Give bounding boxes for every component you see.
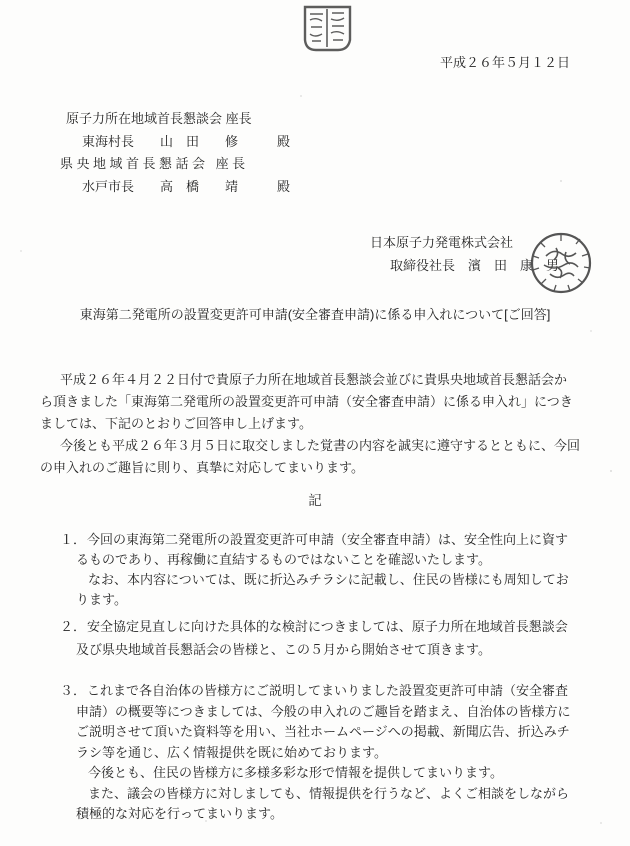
scanned-letter-page: 平成２６年５月１２日 原子力所在地域首長懇談会 座長 東海村長 山 田 修 殿 …	[0, 0, 630, 846]
item-number: ３．	[60, 681, 87, 702]
body-line: の申入れのご趣旨に則り、真摯に対応してまいります。	[40, 457, 615, 479]
item-number: ２．	[60, 615, 87, 638]
recipient-group2-name: 水戸市長 高 橋 靖 殿	[66, 176, 290, 199]
item-number: １．	[60, 530, 87, 550]
item-text: また、議会の皆様方に対しましても、情報提供を行うなど、よくご相談をしながら	[88, 784, 630, 805]
item-text: なお、本内容については、既に折込みチラシに記載し、住民の皆様にも周知してお	[88, 570, 630, 590]
item-text: 今回の東海第二発電所の設置変更許可申請（安全審査申請）は、安全性向上に資す	[87, 532, 568, 547]
item-text: るものであり、再稼働に直結するものではないことを確認いたします。	[76, 550, 630, 570]
body-line: 今後とも平成２６年３月５日に取交しました覚書の内容を誠実に遵守するとともに、今回	[40, 435, 615, 457]
recipient-group1-title: 原子力所在地域首長懇談会 座長	[66, 108, 290, 131]
item-text: 及び県央地域首長懇話会の皆様と、この５月から開始させて頂きます。	[76, 638, 630, 661]
item-text: ります。	[76, 590, 630, 610]
numbered-item-1: １．今回の東海第二発電所の設置変更許可申請（安全審査申請）は、安全性向上に資す …	[0, 530, 630, 610]
item-text: 今後とも、住民の皆様方に多様多彩な形で情報を提供してまいります。	[88, 763, 630, 784]
item-text: ご説明させて頂いた資料等を用い、当社ホームページへの掲載、新聞広告、折込みチ	[76, 722, 630, 743]
item-text: これまで各自治体の皆様方にご説明してまいりました設置変更許可申請（安全審査	[87, 683, 568, 698]
item-text: 積極的な対応を行ってまいります。	[76, 804, 630, 825]
body-line: ましては、下記のとおりご回答申し上げます。	[40, 413, 615, 435]
recipient-group2-title: 県央地域首長懇話会 座長	[60, 153, 290, 176]
scan-noise	[0, 0, 2, 2]
item-text: ラシ等を通じ、広く情報提供を既に始めております。	[76, 743, 630, 764]
corporate-registration-seal-icon	[298, 4, 356, 54]
subject-title: 東海第二発電所の設置変更許可申請(安全審査申請)に係る申入れについて[ご回答]	[0, 304, 630, 323]
item-text: 安全協定見直しに向けた具体的な検討につきましては、原子力所在地域首長懇談会	[87, 619, 568, 634]
numbered-item-2: ２．安全協定見直しに向けた具体的な検討につきましては、原子力所在地域首長懇談会 …	[0, 615, 630, 661]
recipient-group1-name: 東海村長 山 田 修 殿	[66, 131, 290, 154]
numbered-item-3: ３．これまで各自治体の皆様方にご説明してまいりました設置変更許可申請（安全審査 …	[0, 681, 630, 825]
document-date: 平成２６年５月１２日	[440, 52, 570, 74]
recipient-block: 原子力所在地域首長懇談会 座長 東海村長 山 田 修 殿 県央地域首長懇話会 座…	[66, 108, 290, 198]
body-line: ら頂きました「東海第二発電所の設置変更許可申請（安全審査申請）に係る申入れ」につ…	[40, 391, 615, 413]
opening-paragraphs: 平成２６年４月２２日付で貴原子力所在地域首長懇談会並びに貴県央地域首長懇話会か …	[40, 369, 615, 479]
ki-heading: 記	[0, 489, 630, 509]
body-line: 平成２６年４月２２日付で貴原子力所在地域首長懇談会並びに貴県央地域首長懇話会か	[40, 369, 615, 391]
item-text: 申請）の概要等につきましては、今般の申入れのご趣旨を踏まえ、自治体の皆様方に	[76, 702, 630, 723]
round-president-seal-icon	[528, 230, 594, 296]
